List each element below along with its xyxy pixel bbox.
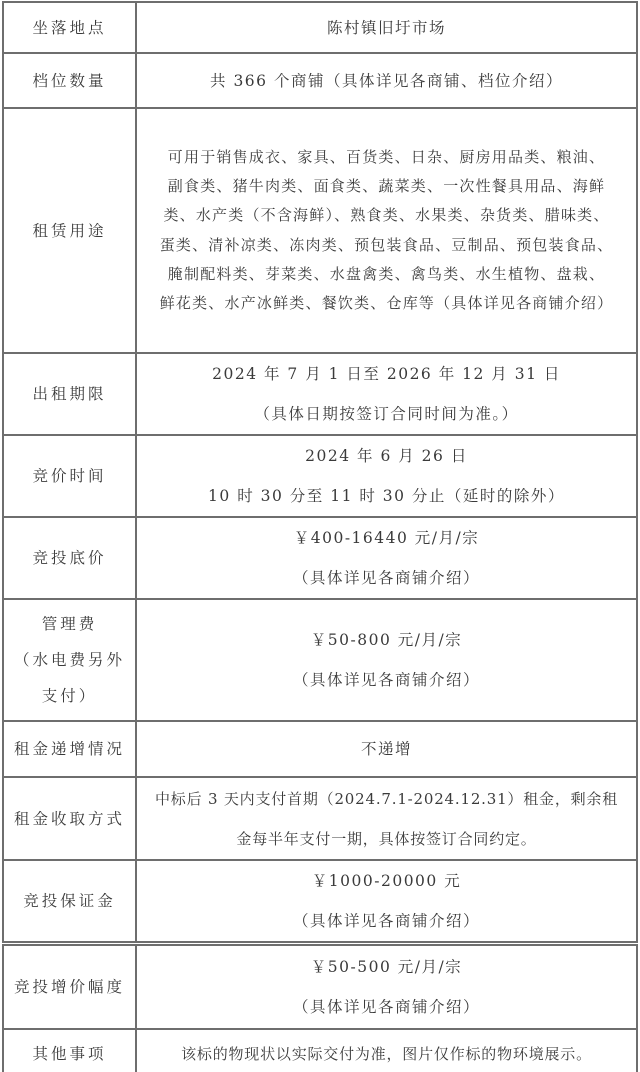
- value-line: （具体详见各商铺介绍）: [141, 660, 632, 700]
- table-row-lease-period: 出租期限 2024 年 7 月 1 日至 2026 年 12 月 31 日 （具…: [3, 353, 637, 435]
- value-line: 副食类、猪牛肉类、面食类、蔬菜类、一次性餐具用品、海鲜: [141, 172, 632, 201]
- label-text: 竞投增价幅度: [4, 972, 135, 1002]
- row-value: ￥50-500 元/月/宗 （具体详见各商铺介绍）: [136, 944, 637, 1029]
- row-label: 租金递增情况: [3, 721, 136, 777]
- table-row-management-fee: 管理费 （水电费另外 支付） ￥50-800 元/月/宗 （具体详见各商铺介绍）: [3, 599, 637, 721]
- table-row-reserve-price: 竞投底价 ￥400-16440 元/月/宗 （具体详见各商铺介绍）: [3, 517, 637, 599]
- row-value: 陈村镇旧圩市场: [136, 2, 637, 53]
- row-label: 管理费 （水电费另外 支付）: [3, 599, 136, 721]
- label-line: 支付）: [4, 678, 135, 714]
- row-label: 租赁用途: [3, 108, 136, 353]
- row-label: 档位数量: [3, 53, 136, 108]
- label-text: 档位数量: [4, 66, 135, 96]
- label-line: 管理费: [4, 606, 135, 642]
- label-text: 竞投底价: [4, 543, 135, 573]
- row-value: 2024 年 7 月 1 日至 2026 年 12 月 31 日 （具体日期按签…: [136, 353, 637, 435]
- table-row-other-matters: 其他事项 该标的物现状以实际交付为准，图片仅作标的物环境展示。: [3, 1029, 637, 1072]
- value-line: ￥50-500 元/月/宗: [141, 947, 632, 987]
- table-row-location: 坐落地点 陈村镇旧圩市场: [3, 2, 637, 53]
- value-line: 2024 年 6 月 26 日: [141, 436, 632, 476]
- table-row-usage: 租赁用途 可用于销售成衣、家具、百货类、日杂、厨房用品类、粮油、 副食类、猪牛肉…: [3, 108, 637, 353]
- table-row-deposit: 竞投保证金 ￥1000-20000 元 （具体详见各商铺介绍）: [3, 860, 637, 944]
- value-line: 蛋类、清补凉类、冻肉类、预包装食品、豆制品、预包装食品、: [141, 231, 632, 260]
- row-value: 不递增: [136, 721, 637, 777]
- label-text: 竞价时间: [4, 461, 135, 491]
- row-value: ￥1000-20000 元 （具体详见各商铺介绍）: [136, 860, 637, 944]
- row-value: 2024 年 6 月 26 日 10 时 30 分至 11 时 30 分止（延时…: [136, 435, 637, 517]
- label-line: （水电费另外: [4, 642, 135, 678]
- label-text: 租金收取方式: [4, 804, 135, 834]
- value-line: （具体详见各商铺介绍）: [141, 558, 632, 598]
- label-text: 租赁用途: [4, 216, 135, 246]
- table-row-stall-count: 档位数量 共 366 个商铺（具体详见各商铺、档位介绍）: [3, 53, 637, 108]
- row-label: 其他事项: [3, 1029, 136, 1072]
- table-row-payment-method: 租金收取方式 中标后 3 天内支付首期（2024.7.1-2024.12.31）…: [3, 777, 637, 860]
- label-text: 租金递增情况: [4, 734, 135, 764]
- value-line: 类、水产类（不含海鲜）、熟食类、水果类、杂货类、腊味类、: [141, 201, 632, 230]
- label-text: 出租期限: [4, 379, 135, 409]
- label-text: 竞投保证金: [4, 886, 135, 916]
- value-line: 鲜花类、水产冰鲜类、餐饮类、仓库等（具体详见各商铺介绍）: [141, 289, 632, 318]
- row-value: 中标后 3 天内支付首期（2024.7.1-2024.12.31）租金，剩余租 …: [136, 777, 637, 860]
- row-label: 竞投增价幅度: [3, 944, 136, 1029]
- value-line: ￥400-16440 元/月/宗: [141, 518, 632, 558]
- value-line: 2024 年 7 月 1 日至 2026 年 12 月 31 日: [141, 354, 632, 394]
- row-label: 租金收取方式: [3, 777, 136, 860]
- table-row-bid-increment: 竞投增价幅度 ￥50-500 元/月/宗 （具体详见各商铺介绍）: [3, 944, 637, 1029]
- row-value: 共 366 个商铺（具体详见各商铺、档位介绍）: [136, 53, 637, 108]
- value-line: （具体详见各商铺介绍）: [141, 901, 632, 941]
- table-row-rent-escalation: 租金递增情况 不递增: [3, 721, 637, 777]
- value-line: ￥1000-20000 元: [141, 861, 632, 901]
- value-line: 金每半年支付一期，具体按签订合同约定。: [141, 819, 632, 859]
- row-label: 坐落地点: [3, 2, 136, 53]
- value-line: 10 时 30 分至 11 时 30 分止（延时的除外）: [141, 476, 632, 516]
- lease-info-table: 坐落地点 陈村镇旧圩市场 档位数量 共 366 个商铺（具体详见各商铺、档位介绍…: [2, 1, 638, 1072]
- row-value: 可用于销售成衣、家具、百货类、日杂、厨房用品类、粮油、 副食类、猪牛肉类、面食类…: [136, 108, 637, 353]
- row-label: 竞投保证金: [3, 860, 136, 944]
- value-line: 腌制配料类、芽菜类、水盘禽类、禽鸟类、水生植物、盘栽、: [141, 260, 632, 289]
- label-text: 坐落地点: [4, 13, 135, 43]
- row-value: 该标的物现状以实际交付为准，图片仅作标的物环境展示。: [136, 1029, 637, 1072]
- table-row-bidding-time: 竞价时间 2024 年 6 月 26 日 10 时 30 分至 11 时 30 …: [3, 435, 637, 517]
- value-line: （具体日期按签订合同时间为准。）: [141, 394, 632, 434]
- value-text: 共 366 个商铺（具体详见各商铺、档位介绍）: [141, 66, 632, 96]
- row-value: ￥50-800 元/月/宗 （具体详见各商铺介绍）: [136, 599, 637, 721]
- value-line: 中标后 3 天内支付首期（2024.7.1-2024.12.31）租金，剩余租: [141, 779, 632, 819]
- row-label: 竞价时间: [3, 435, 136, 517]
- value-line: （具体详见各商铺介绍）: [141, 987, 632, 1027]
- value-line: 可用于销售成衣、家具、百货类、日杂、厨房用品类、粮油、: [141, 143, 632, 172]
- label-text: 其他事项: [4, 1039, 135, 1069]
- value-text: 该标的物现状以实际交付为准，图片仅作标的物环境展示。: [141, 1039, 632, 1069]
- row-label: 出租期限: [3, 353, 136, 435]
- value-text: 陈村镇旧圩市场: [141, 13, 632, 43]
- row-value: ￥400-16440 元/月/宗 （具体详见各商铺介绍）: [136, 517, 637, 599]
- value-line: ￥50-800 元/月/宗: [141, 620, 632, 660]
- row-label: 竞投底价: [3, 517, 136, 599]
- value-text: 不递增: [141, 734, 632, 764]
